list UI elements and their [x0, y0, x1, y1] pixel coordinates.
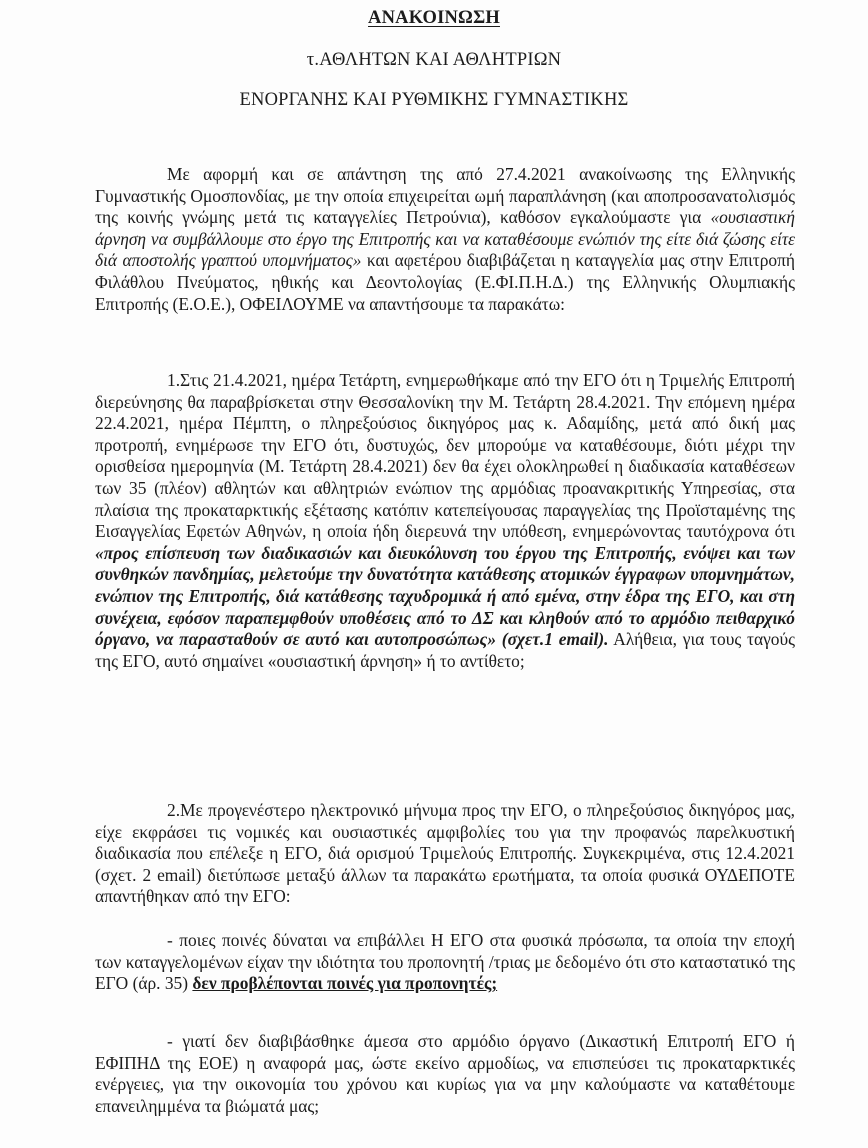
question1-emphasis: δεν προβλέπονται ποινές για προπονητές; [192, 973, 497, 993]
question2-text: - γιατί δεν διαβιβάσθηκε άμεσα στο αρμόδ… [95, 1031, 795, 1116]
point2-text: 2.Με προγενέστερο ηλεκτρονικό μήνυμα προ… [95, 800, 795, 906]
document-title: ΑΝΑΚΟΙΝΩΣΗ [0, 8, 868, 29]
paragraph-point-2: 2.Με προγενέστερο ηλεκτρονικό μήνυμα προ… [95, 800, 795, 908]
paragraph-question-1: - ποιες ποινές δύναται να επιβάλλει Η ΕΓ… [95, 930, 795, 995]
point1-text-start: 1.Στις 21.4.2021, ημέρα Τετάρτη, ενημερω… [95, 370, 795, 541]
document-page: ΑΝΑΚΟΙΝΩΣΗ τ.ΑΘΛΗΤΩΝ ΚΑΙ ΑΘΛΗΤΡΙΩΝ ΕΝΟΡΓ… [0, 0, 868, 1148]
intro-text-start: Με αφορμή και σε απάντηση της από 27.4.2… [95, 164, 795, 227]
paragraph-question-2: - γιατί δεν διαβιβάσθηκε άμεσα στο αρμόδ… [95, 1031, 795, 1117]
document-subtitle-gymnastics: ΕΝΟΡΓΑΝΗΣ ΚΑΙ ΡΥΘΜΙΚΗΣ ΓΥΜΝΑΣΤΙΚΗΣ [0, 90, 868, 111]
paragraph-intro: Με αφορμή και σε απάντηση της από 27.4.2… [95, 164, 795, 315]
document-subtitle-athletes: τ.ΑΘΛΗΤΩΝ ΚΑΙ ΑΘΛΗΤΡΙΩΝ [0, 50, 868, 71]
paragraph-point-1: 1.Στις 21.4.2021, ημέρα Τετάρτη, ενημερω… [95, 370, 795, 672]
